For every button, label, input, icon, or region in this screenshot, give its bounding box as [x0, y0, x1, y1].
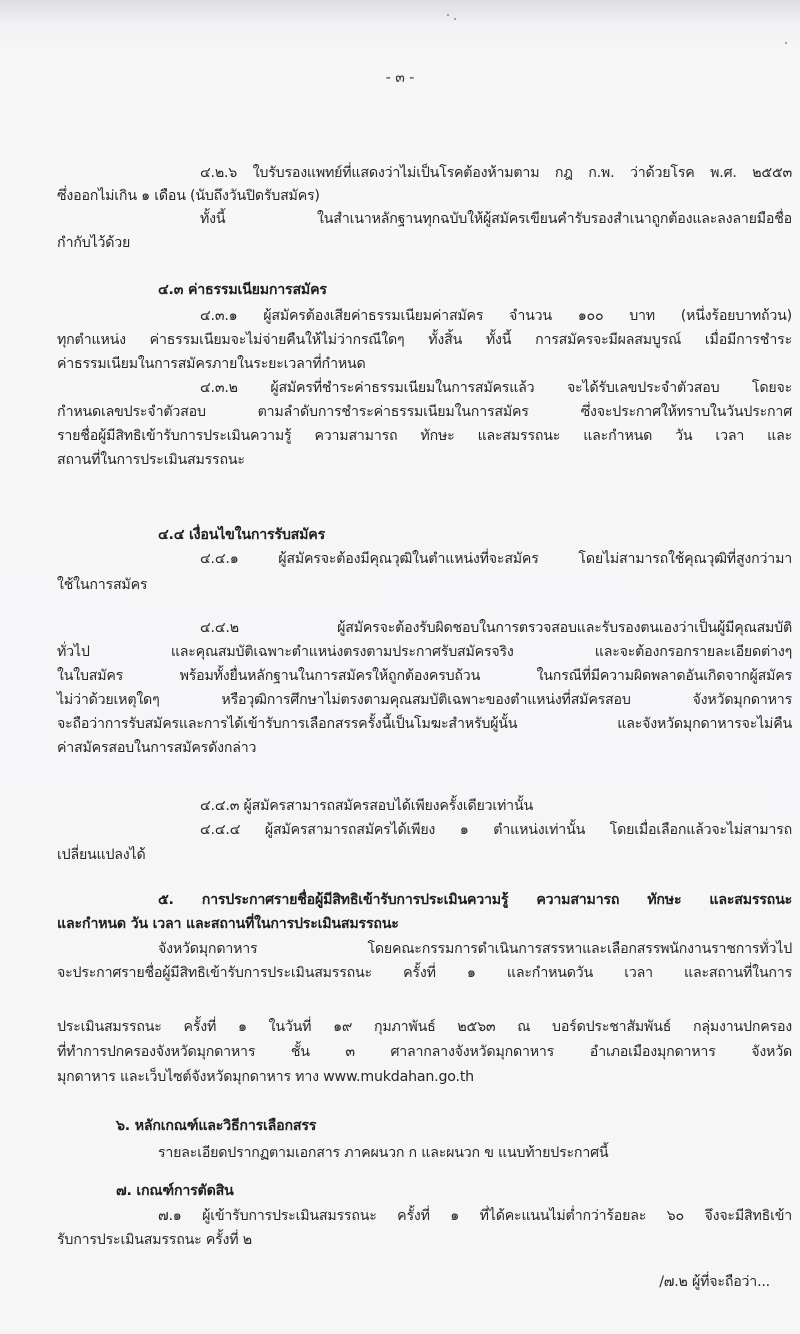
paragraph-6-line-1: รายละเอียดปรากฏตามเอกสาร ภาคผนวก ก และผน… — [158, 1143, 608, 1163]
heading-7: ๗. เกณฑ์การตัดสิน — [116, 1181, 234, 1201]
paragraph-4-4-2-line-4: ไม่ว่าด้วยเหตุใดๆ หรือวุฒิการศึกษาไม่ตรง… — [57, 690, 792, 710]
paragraph-7-1-line-2: รับการประเมินสมรรถนะ ครั้งที่ ๒ — [57, 1230, 252, 1250]
paragraph-5-line-3: ประเมินสมรรถนะ ครั้งที่ ๑ ในวันที่ ๑๙ กุ… — [57, 1017, 792, 1037]
paragraph-5-line-4: ที่ทำการปกครองจังหวัดมุกดาหาร ชั้น ๓ ศาล… — [57, 1042, 792, 1062]
paragraph-4-3-2-line-2: กำหนดเลขประจำตัวสอบ ตามลำดับการชำระค่าธร… — [57, 402, 792, 422]
certification-note-line-1: ทั้งนี้ ในสำเนาหลักฐานทุกฉบับให้ผู้สมัคร… — [200, 209, 792, 229]
paragraph-5-line-1: จังหวัดมุกดาหาร โดยคณะกรรมการดำเนินการสร… — [158, 939, 792, 959]
paragraph-4-4-4-line-1: ๔.๔.๔ ผู้สมัครสามารถสมัครได้เพียง ๑ ตำแห… — [200, 820, 792, 840]
paragraph-5-line-2: จะประกาศรายชื่อผู้มีสิทธิเข้ารับการประเม… — [57, 963, 792, 983]
paragraph-5-line-5-text: มุกดาหาร และเว็บไซต์จังหวัดมุกดาหาร ทาง — [57, 1069, 323, 1085]
document-page: - ๓ - ๔.๒.๖ ใบรับรองแพทย์ที่แสดงว่าไม่เป… — [0, 0, 800, 1334]
heading-5-line-1: ๕. การประกาศรายชื่อผู้มีสิทธิเข้ารับการป… — [158, 890, 792, 910]
paragraph-4-2-6-line-2: ซึ่งออกไม่เกิน ๑ เดือน (นับถึงวันปิดรับส… — [57, 186, 320, 206]
scan-speck — [447, 14, 449, 16]
paragraph-7-1-line-1: ๗.๑ ผู้เข้ารับการประเมินสมรรถนะ ครั้งที่… — [158, 1206, 792, 1226]
paragraph-4-3-2-line-3: รายชื่อผู้มีสิทธิเข้ารับการประเมินความรู… — [57, 426, 792, 446]
certification-note-line-2: กำกับไว้ด้วย — [57, 233, 130, 253]
paragraph-4-4-2-line-1: ๔.๔.๒ ผู้สมัครจะต้องรับผิดชอบในการตรวจสอ… — [200, 618, 792, 638]
page-continuation: /๗.๒ ผู้ที่จะถือว่า... — [659, 1272, 770, 1292]
paragraph-4-4-2-line-6: ค่าสมัครสอบในการสมัครดังกล่าว — [57, 738, 256, 758]
paragraph-4-4-1-line-2: ใช้ในการสมัคร — [57, 575, 147, 595]
heading-4-3: ๔.๓ ค่าธรรมเนียมการสมัคร — [158, 280, 327, 300]
paragraph-4-2-6-line-1: ๔.๒.๖ ใบรับรองแพทย์ที่แสดงว่าไม่เป็นโรคต… — [200, 163, 792, 183]
paragraph-4-3-1-line-3: ค่าธรรมเนียมในการสมัครภายในระยะเวลาที่กำ… — [57, 354, 366, 374]
scan-speck — [785, 42, 787, 44]
heading-5-line-2: และกำหนด วัน เวลา และสถานที่ในการประเมิน… — [57, 914, 399, 934]
paragraph-4-3-2-line-1: ๔.๓.๒ ผู้สมัครที่ชำระค่าธรรมเนียมในการสม… — [200, 378, 792, 398]
paragraph-4-4-2-line-2: ทั่วไป และคุณสมบัติเฉพาะตำแหน่งตรงตามประ… — [57, 642, 792, 662]
paragraph-5-line-5: มุกดาหาร และเว็บไซต์จังหวัดมุกดาหาร ทาง … — [57, 1067, 474, 1087]
paragraph-4-4-3-line-1: ๔.๔.๓ ผู้สมัครสามารถสมัครสอบได้เพียงครั้… — [200, 796, 533, 816]
paragraph-4-4-1-line-1: ๔.๔.๑ ผู้สมัครจะต้องมีคุณวุฒิในตำแหน่งที… — [200, 549, 792, 569]
page-number: - ๓ - — [0, 67, 800, 89]
paragraph-4-4-2-line-5: จะถือว่าการรับสมัครและการได้เข้ารับการเล… — [57, 714, 792, 734]
paragraph-4-4-4-line-2: เปลี่ยนแปลงได้ — [57, 845, 145, 865]
website-link[interactable]: www.mukdahan.go.th — [323, 1069, 474, 1085]
paragraph-4-3-2-line-4: สถานที่ในการประเมินสมรรถนะ — [57, 450, 245, 470]
heading-4-4: ๔.๔ เงื่อนไขในการรับสมัคร — [158, 525, 325, 545]
paragraph-4-4-2-line-3: ในใบสมัคร พร้อมทั้งยื่นหลักฐานในการสมัคร… — [57, 666, 792, 686]
heading-6: ๖. หลักเกณฑ์และวิธีการเลือกสรร — [116, 1116, 316, 1136]
paragraph-4-3-1-line-2: ทุกตำแหน่ง ค่าธรรมเนียมจะไม่จ่ายคืนให้ไม… — [57, 330, 792, 350]
paragraph-4-3-1-line-1: ๔.๓.๑ ผู้สมัครต้องเสียค่าธรรมเนียมค่าสมั… — [200, 306, 792, 326]
scan-speck — [454, 18, 456, 20]
